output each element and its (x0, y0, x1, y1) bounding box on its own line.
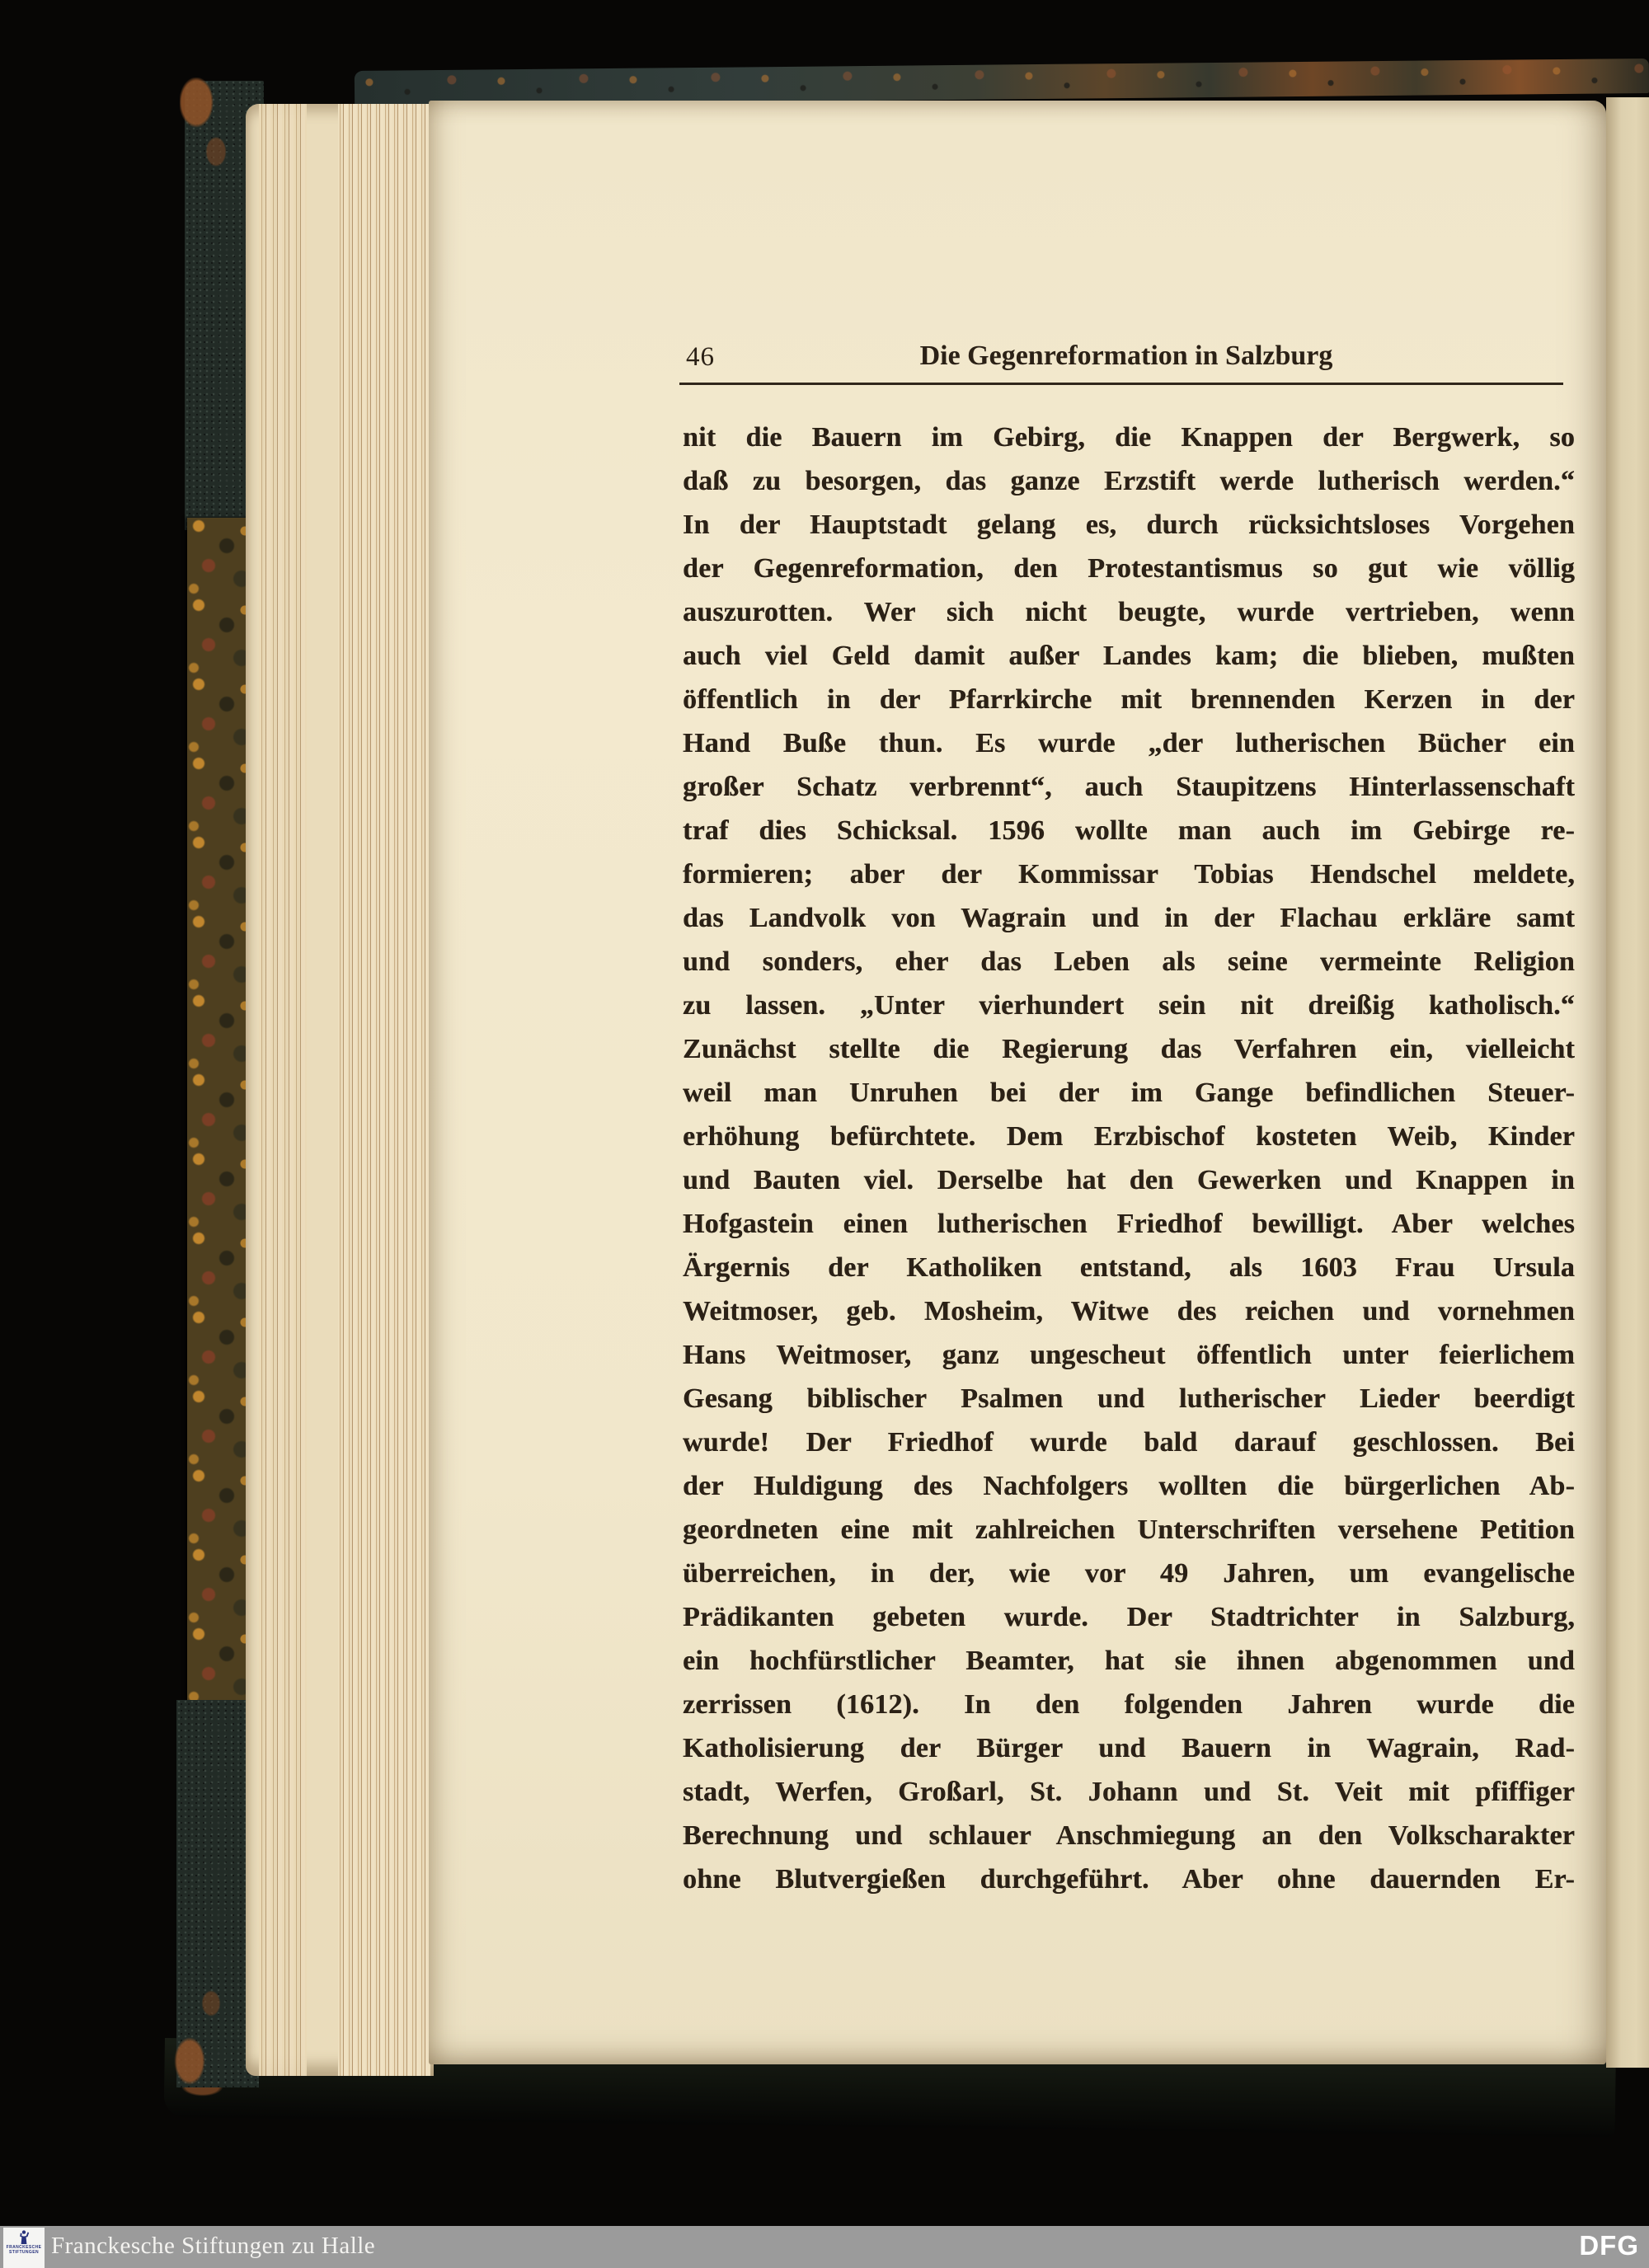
text-line: der Huldigung des Nachfolgers wollten di… (683, 1464, 1575, 1508)
book-top-edge (355, 59, 1649, 106)
text-line: ohne Blutvergießen durchgeführt. Aber oh… (683, 1857, 1575, 1901)
page-edge-lines (259, 104, 307, 2076)
text-line: Hofgastein einen lutherischen Friedhof b… (683, 1202, 1575, 1246)
page-header: 46 Die Gegenreformation in Salzburg (681, 340, 1571, 378)
franckesche-stiftungen-logo: FRANCKESCHE STIFTUNGEN (3, 2228, 45, 2268)
body-text: nit die Bauern im Gebirg, die Knappen de… (683, 416, 1575, 1901)
header-rule (679, 383, 1563, 385)
text-line: zu lassen. „Unter vierhundert sein nit d… (683, 984, 1575, 1027)
text-line: auch viel Geld damit außer Landes kam; d… (683, 634, 1575, 678)
opposite-page-edge (1606, 97, 1649, 2068)
library-watermark-bar: FRANCKESCHE STIFTUNGEN Franckesche Stift… (0, 2226, 1649, 2268)
text-line: traf dies Schicksal. 1596 wollte man auc… (683, 809, 1575, 852)
library-name-label: Franckesche Stiftungen zu Halle (51, 2233, 375, 2260)
text-line: Katholisierung der Bürger und Bauern in … (683, 1726, 1575, 1770)
text-line: daß zu besorgen, das ganze Erzstift werd… (683, 459, 1575, 503)
running-title: Die Gegenreformation in Salzburg (681, 340, 1571, 372)
text-line: formieren; aber der Kommissar Tobias Hen… (683, 852, 1575, 896)
text-line: das Landvolk von Wagrain und in der Flac… (683, 896, 1575, 940)
text-line: auszurotten. Wer sich nicht beugte, wurd… (683, 590, 1575, 634)
text-line: In der Hauptstadt gelang es, durch rücks… (683, 503, 1575, 547)
text-line: und Bauten viel. Derselbe hat den Gewerk… (683, 1158, 1575, 1202)
text-line: überreichen, in der, wie vor 49 Jahren, … (683, 1552, 1575, 1595)
text-line: stadt, Werfen, Großarl, St. Johann und S… (683, 1770, 1575, 1814)
text-line: nit die Bauern im Gebirg, die Knappen de… (683, 416, 1575, 459)
person-icon (17, 2230, 31, 2245)
page-edge-lines (338, 104, 430, 2076)
text-line: weil man Unruhen bei der im Gange befind… (683, 1071, 1575, 1115)
text-line: und sonders, eher das Leben als seine ve… (683, 940, 1575, 984)
text-line: zerrissen (1612). In den folgenden Jahre… (683, 1683, 1575, 1726)
text-line: ein hochfürstlicher Beamter, hat sie ihn… (683, 1639, 1575, 1683)
text-line: Gesang biblischer Psalmen und lutherisch… (683, 1377, 1575, 1420)
text-line: Zunächst stellte die Regierung das Verfa… (683, 1027, 1575, 1071)
logo-text-line2: STIFTUNGEN (9, 2250, 39, 2255)
text-line: erhöhung befürchtete. Dem Erzbischof kos… (683, 1115, 1575, 1158)
text-line: öffentlich in der Pfarrkirche mit brenne… (683, 678, 1575, 721)
text-line: Weitmoser, geb. Mosheim, Witwe des reich… (683, 1289, 1575, 1333)
text-line: Hand Buße thun. Es wurde „der lutherisch… (683, 721, 1575, 765)
text-line: Hans Weitmoser, ganz ungescheut öffentli… (683, 1333, 1575, 1377)
text-line: Ärgernis der Katholiken entstand, als 16… (683, 1246, 1575, 1289)
book-scan-photo: 46 Die Gegenreformation in Salzburg nit … (0, 0, 1649, 2268)
text-line: Prädikanten gebeten wurde. Der Stadtrich… (683, 1595, 1575, 1639)
text-line: der Gegenreformation, den Protestantismu… (683, 547, 1575, 590)
text-line: geordneten eine mit zahlreichen Untersch… (683, 1508, 1575, 1552)
text-line: wurde! Der Friedhof wurde bald darauf ge… (683, 1420, 1575, 1464)
dfg-logo: DFG (1579, 2230, 1639, 2261)
page-stack-edges (246, 104, 434, 2076)
text-line: großer Schatz verbrennt“, auch Staupitze… (683, 765, 1575, 809)
text-line: Berechnung und schlauer Anschmiegung an … (683, 1814, 1575, 1857)
